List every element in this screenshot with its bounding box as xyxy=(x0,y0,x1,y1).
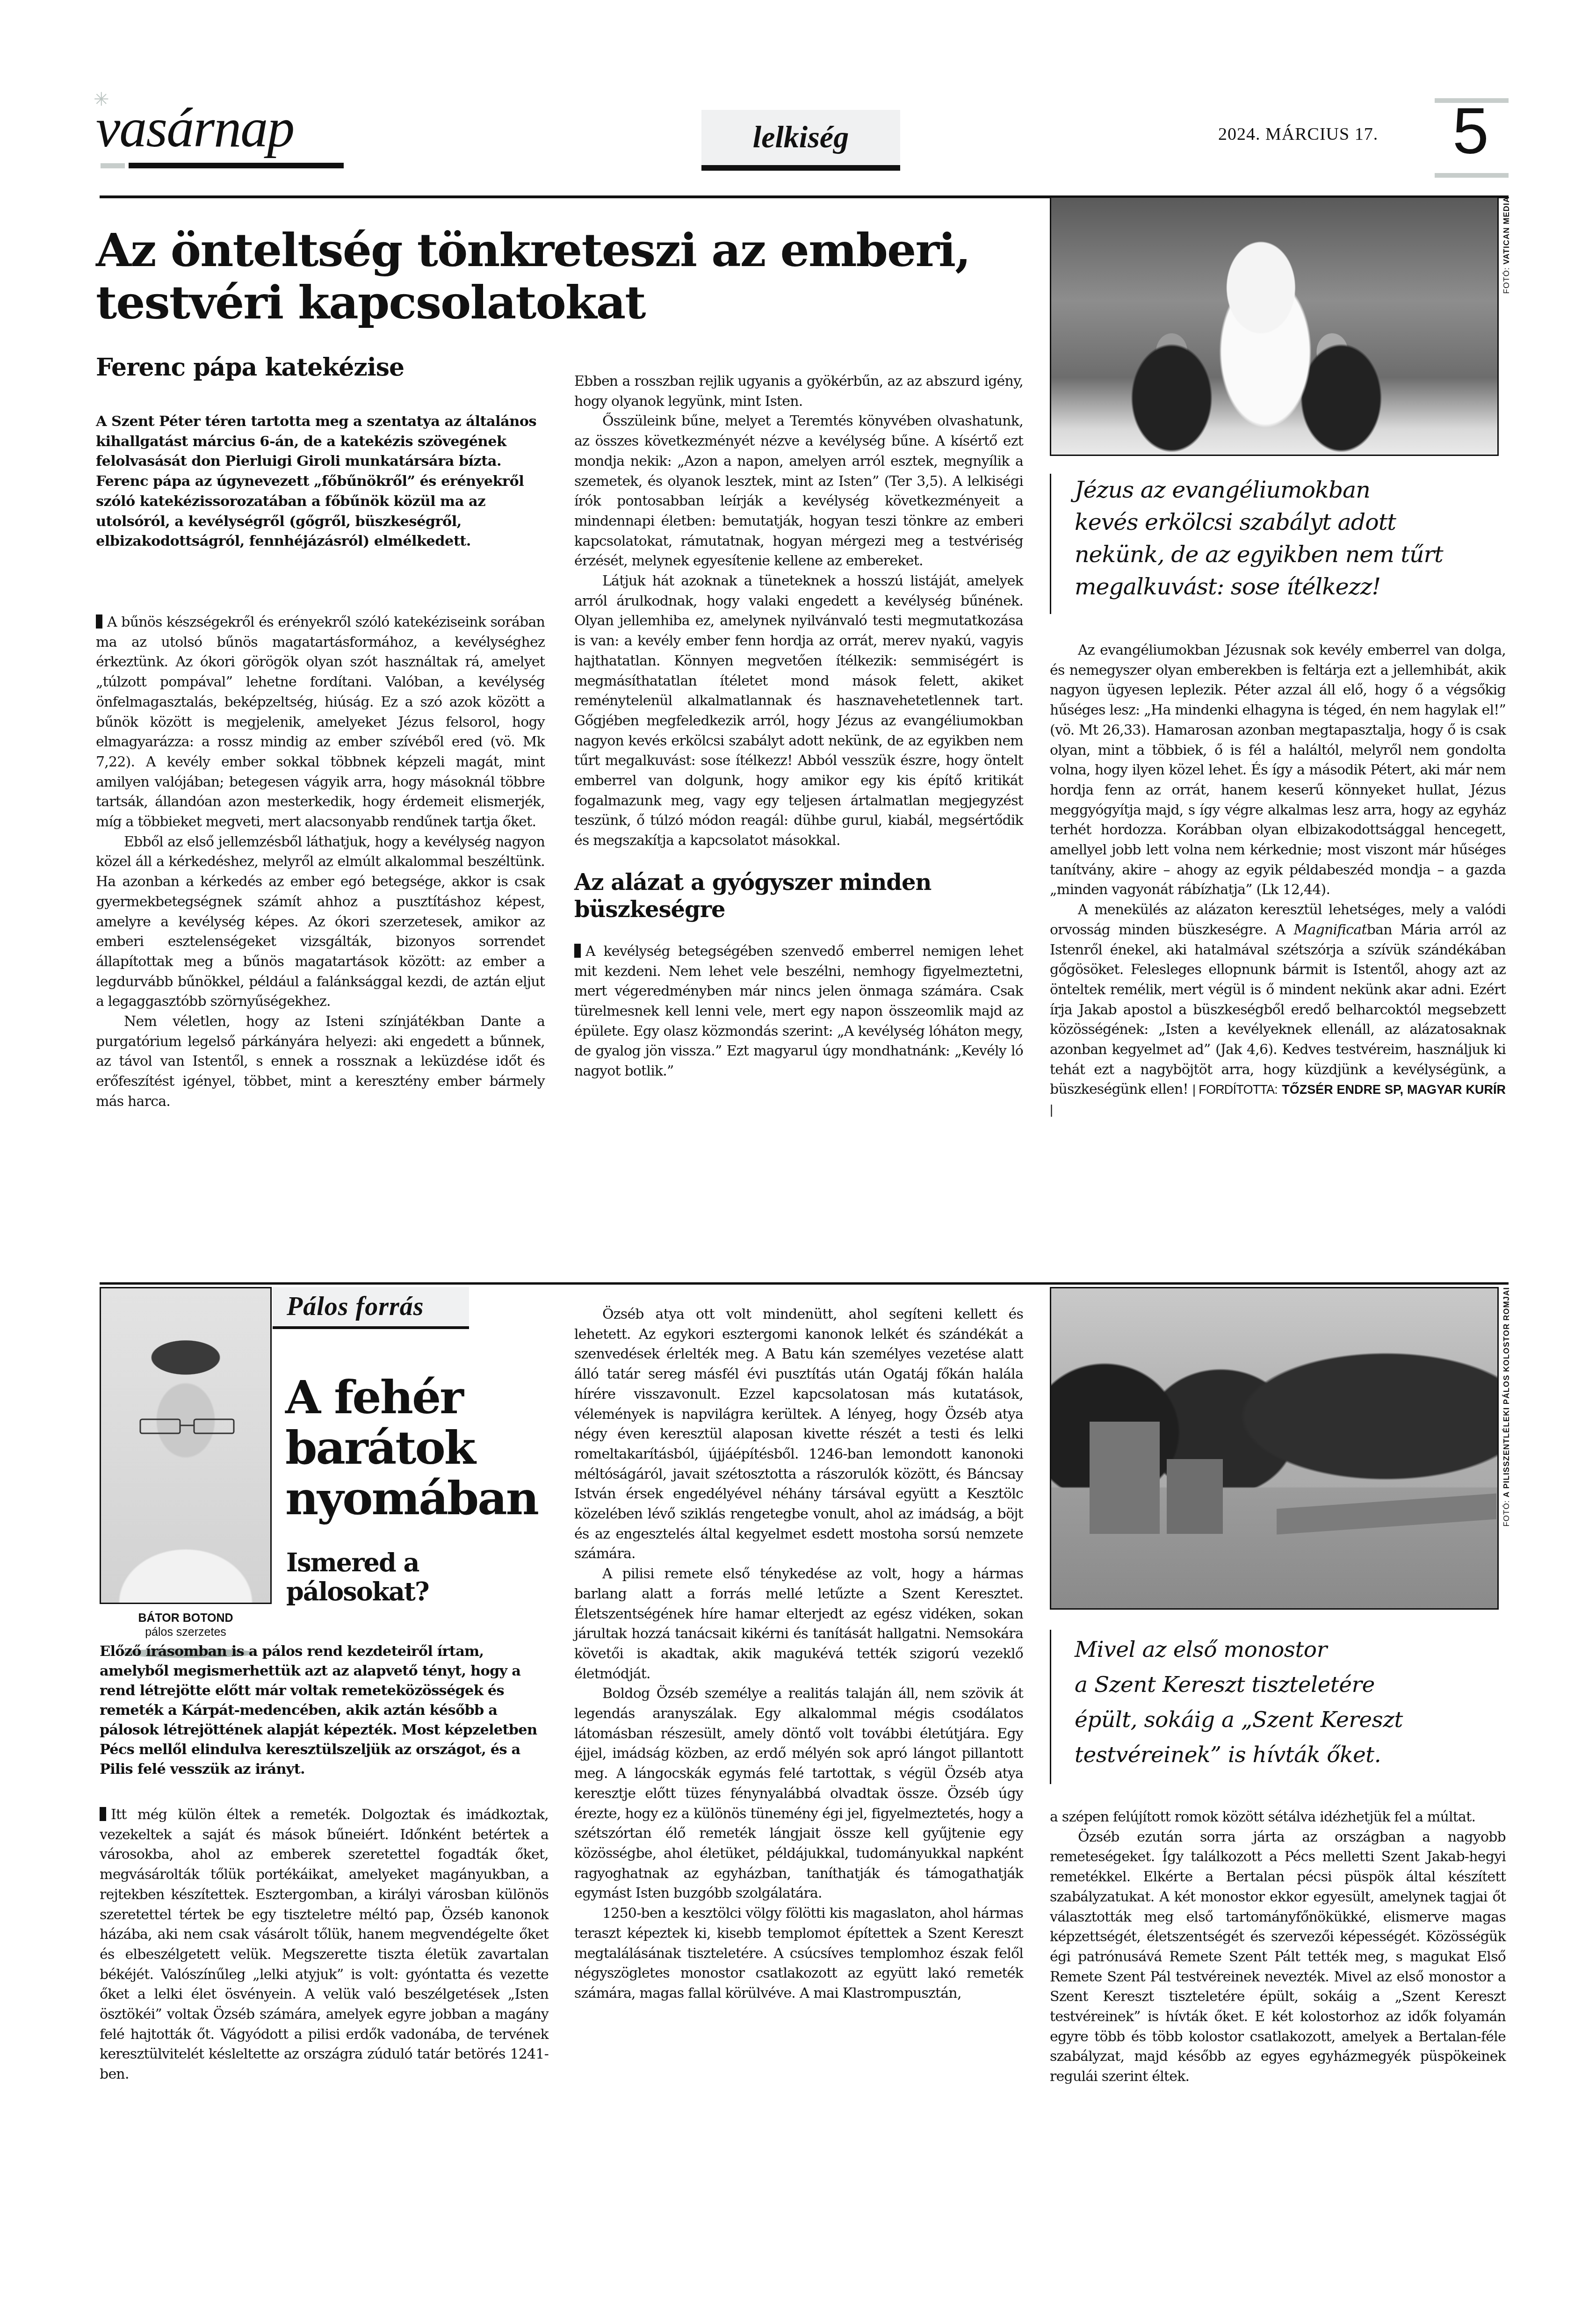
photo-credit: FOTÓ: A PILISSZENTLÉLEKI PÁLOS KOLOSTOR … xyxy=(1502,1287,1521,1610)
glasses-icon xyxy=(131,1417,243,1436)
pull-quote-line: testvéreinek” is hívták őket. xyxy=(1075,1737,1499,1772)
article-column-3: a szépen felújított romok között sétálva… xyxy=(1050,1807,1506,2087)
article-subheading: Az alázat a gyógyszer minden büszkeségre xyxy=(574,869,1023,923)
translator-name: TŐZSÉR ENDRE SP, MAGYAR KURÍR xyxy=(1282,1083,1506,1097)
article-lead: A Szent Péter téren tartotta meg a szent… xyxy=(96,412,545,551)
section-label: lelkiség xyxy=(753,120,849,155)
article-subtitle: Ismered a pálosokat? xyxy=(286,1548,548,1606)
paragraph-text: Itt még külön éltek a remeték. Dolgoztak… xyxy=(100,1807,549,2082)
ruin-wall xyxy=(1090,1422,1160,1534)
pull-quote-line: Jézus az evangéliumokban xyxy=(1075,474,1499,506)
paragraph: Az evangéliumokban Jézusnak sok kevély e… xyxy=(1050,641,1506,900)
page-number-bar-bottom xyxy=(1435,173,1509,178)
article-column-1: A bűnös készségekről és erényekről szóló… xyxy=(96,613,545,1112)
article-column-1: Itt még külön éltek a remeték. Dolgoztak… xyxy=(100,1805,549,2085)
paragraph: Ebből az első jellemzésből láthatjuk, ho… xyxy=(96,832,545,1012)
column-tag: Pálos forrás xyxy=(273,1287,469,1329)
paragraph-marker-icon xyxy=(574,944,581,958)
photo-credit-text: FOTÓ: A PILISSZENTLÉLEKI PÁLOS KOLOSTOR … xyxy=(1502,1287,1511,1527)
headline-line: testvéri kapcsolatokat xyxy=(96,277,1031,329)
paragraph-text: ban Mária arról az Istenről énekel, aki … xyxy=(1050,922,1506,1098)
paragraph: Ősszüleink bűne, melyet a Teremtés könyv… xyxy=(574,412,1023,571)
author-portrait xyxy=(100,1287,272,1604)
article-kicker: Ferenc pápa katekézise xyxy=(96,353,404,382)
pope-photo xyxy=(1050,196,1499,456)
pull-quote-line: kevés erkölcsi szabályt adott xyxy=(1075,506,1499,538)
article-column-2: Ebben a rosszban rejlik ugyanis a gyökér… xyxy=(574,372,1023,1082)
logo-underline xyxy=(129,163,344,168)
article-column-2: Özséb atya ott volt mindenütt, ahol segí… xyxy=(574,1305,1023,2004)
photo-credit: FOTÓ: VATICAN MEDIA xyxy=(1502,196,1521,456)
column-name: Pálos forrás xyxy=(287,1292,424,1322)
article-headline: A fehér barátok nyomában xyxy=(285,1373,547,1524)
article-column-3: Az evangéliumokban Jézusnak sok kevély e… xyxy=(1050,641,1506,1120)
paragraph: Látjuk hát azoknak a tüneteknek a hosszú… xyxy=(574,571,1023,851)
paragraph: Özséb atya ott volt mindenütt, ahol segí… xyxy=(574,1305,1023,1564)
paragraph: Ebben a rosszban rejlik ugyanis a gyökér… xyxy=(574,372,1023,412)
section-divider xyxy=(100,1282,1509,1285)
paragraph: Özséb ezután sorra járta az országban a … xyxy=(1050,1828,1506,2087)
author-role: pálos szerzetes xyxy=(100,1625,272,1639)
ruin-wall xyxy=(1167,1459,1223,1534)
translator-end: | xyxy=(1050,1103,1053,1117)
paragraph: a szépen felújított romok között sétálva… xyxy=(1050,1807,1506,1828)
article-headline: Az önteltség tönkreteszi az emberi, test… xyxy=(96,224,1031,329)
pull-quote-line: a Szent Kereszt tiszteletére xyxy=(1075,1667,1499,1702)
italic-term: Magnificat xyxy=(1293,922,1366,938)
newspaper-logo: vasárnap xyxy=(96,101,294,156)
photo-credit-source: VATICAN MEDIA xyxy=(1502,196,1511,265)
paragraph-text: A kevélység betegségében szenvedő emberr… xyxy=(574,943,1023,1079)
paragraph-marker-icon xyxy=(96,614,102,629)
logo-accent-bar xyxy=(101,163,125,168)
paragraph-text: A bűnös készségekről és erényekről szóló… xyxy=(96,614,545,830)
translator-label: | FORDÍTOTTA: xyxy=(1192,1083,1278,1097)
paragraph: A menekülés az alázaton keresztül lehets… xyxy=(1050,900,1506,1120)
paragraph: 1250-ben a kesztölci völgy fölötti kis m… xyxy=(574,1904,1023,2004)
paragraph: Itt még külön éltek a remeték. Dolgoztak… xyxy=(100,1805,549,2085)
paragraph: Boldog Özséb személye a realitás talaján… xyxy=(574,1684,1023,1904)
section-tag: lelkiség xyxy=(701,110,900,171)
photo-credit-source: A PILISSZENTLÉLEKI PÁLOS KOLOSTOR ROMJAI xyxy=(1502,1287,1511,1497)
photo-credit-label: FOTÓ: xyxy=(1502,267,1511,294)
pull-quote: Mivel az első monostor a Szent Kereszt t… xyxy=(1050,1630,1499,1784)
paragraph: A bűnös készségekről és erényekről szóló… xyxy=(96,613,545,832)
photo-credit-text: FOTÓ: VATICAN MEDIA xyxy=(1502,196,1511,294)
author-name: BÁTOR BOTOND xyxy=(100,1611,272,1625)
issue-date: 2024. MÁRCIUS 17. xyxy=(1218,124,1378,145)
paragraph: A pilisi remete első ténykedése az volt,… xyxy=(574,1564,1023,1684)
paragraph: Nem véletlen, hogy az Isteni színjátékba… xyxy=(96,1012,545,1112)
pull-quote-line: Mivel az első monostor xyxy=(1075,1632,1499,1667)
pull-quote-line: épült, sokáig a „Szent Kereszt xyxy=(1075,1702,1499,1737)
paragraph-marker-icon xyxy=(100,1807,106,1821)
article-lead: Előző írásomban is a pálos rend kezdetei… xyxy=(100,1641,549,1779)
page-number: 5 xyxy=(1433,98,1508,164)
pull-quote-line: nekünk, de az egyikben nem tűrt xyxy=(1075,538,1499,571)
headline-line: Az önteltség tönkreteszi az emberi, xyxy=(96,224,1031,277)
pull-quote-line: megalkuvást: sose ítélkezz! xyxy=(1075,571,1499,603)
photo-credit-label: FOTÓ: xyxy=(1502,1500,1511,1527)
pull-quote: Jézus az evangéliumokban kevés erkölcsi … xyxy=(1050,474,1499,614)
paragraph: A kevélység betegségében szenvedő emberr… xyxy=(574,942,1023,1082)
